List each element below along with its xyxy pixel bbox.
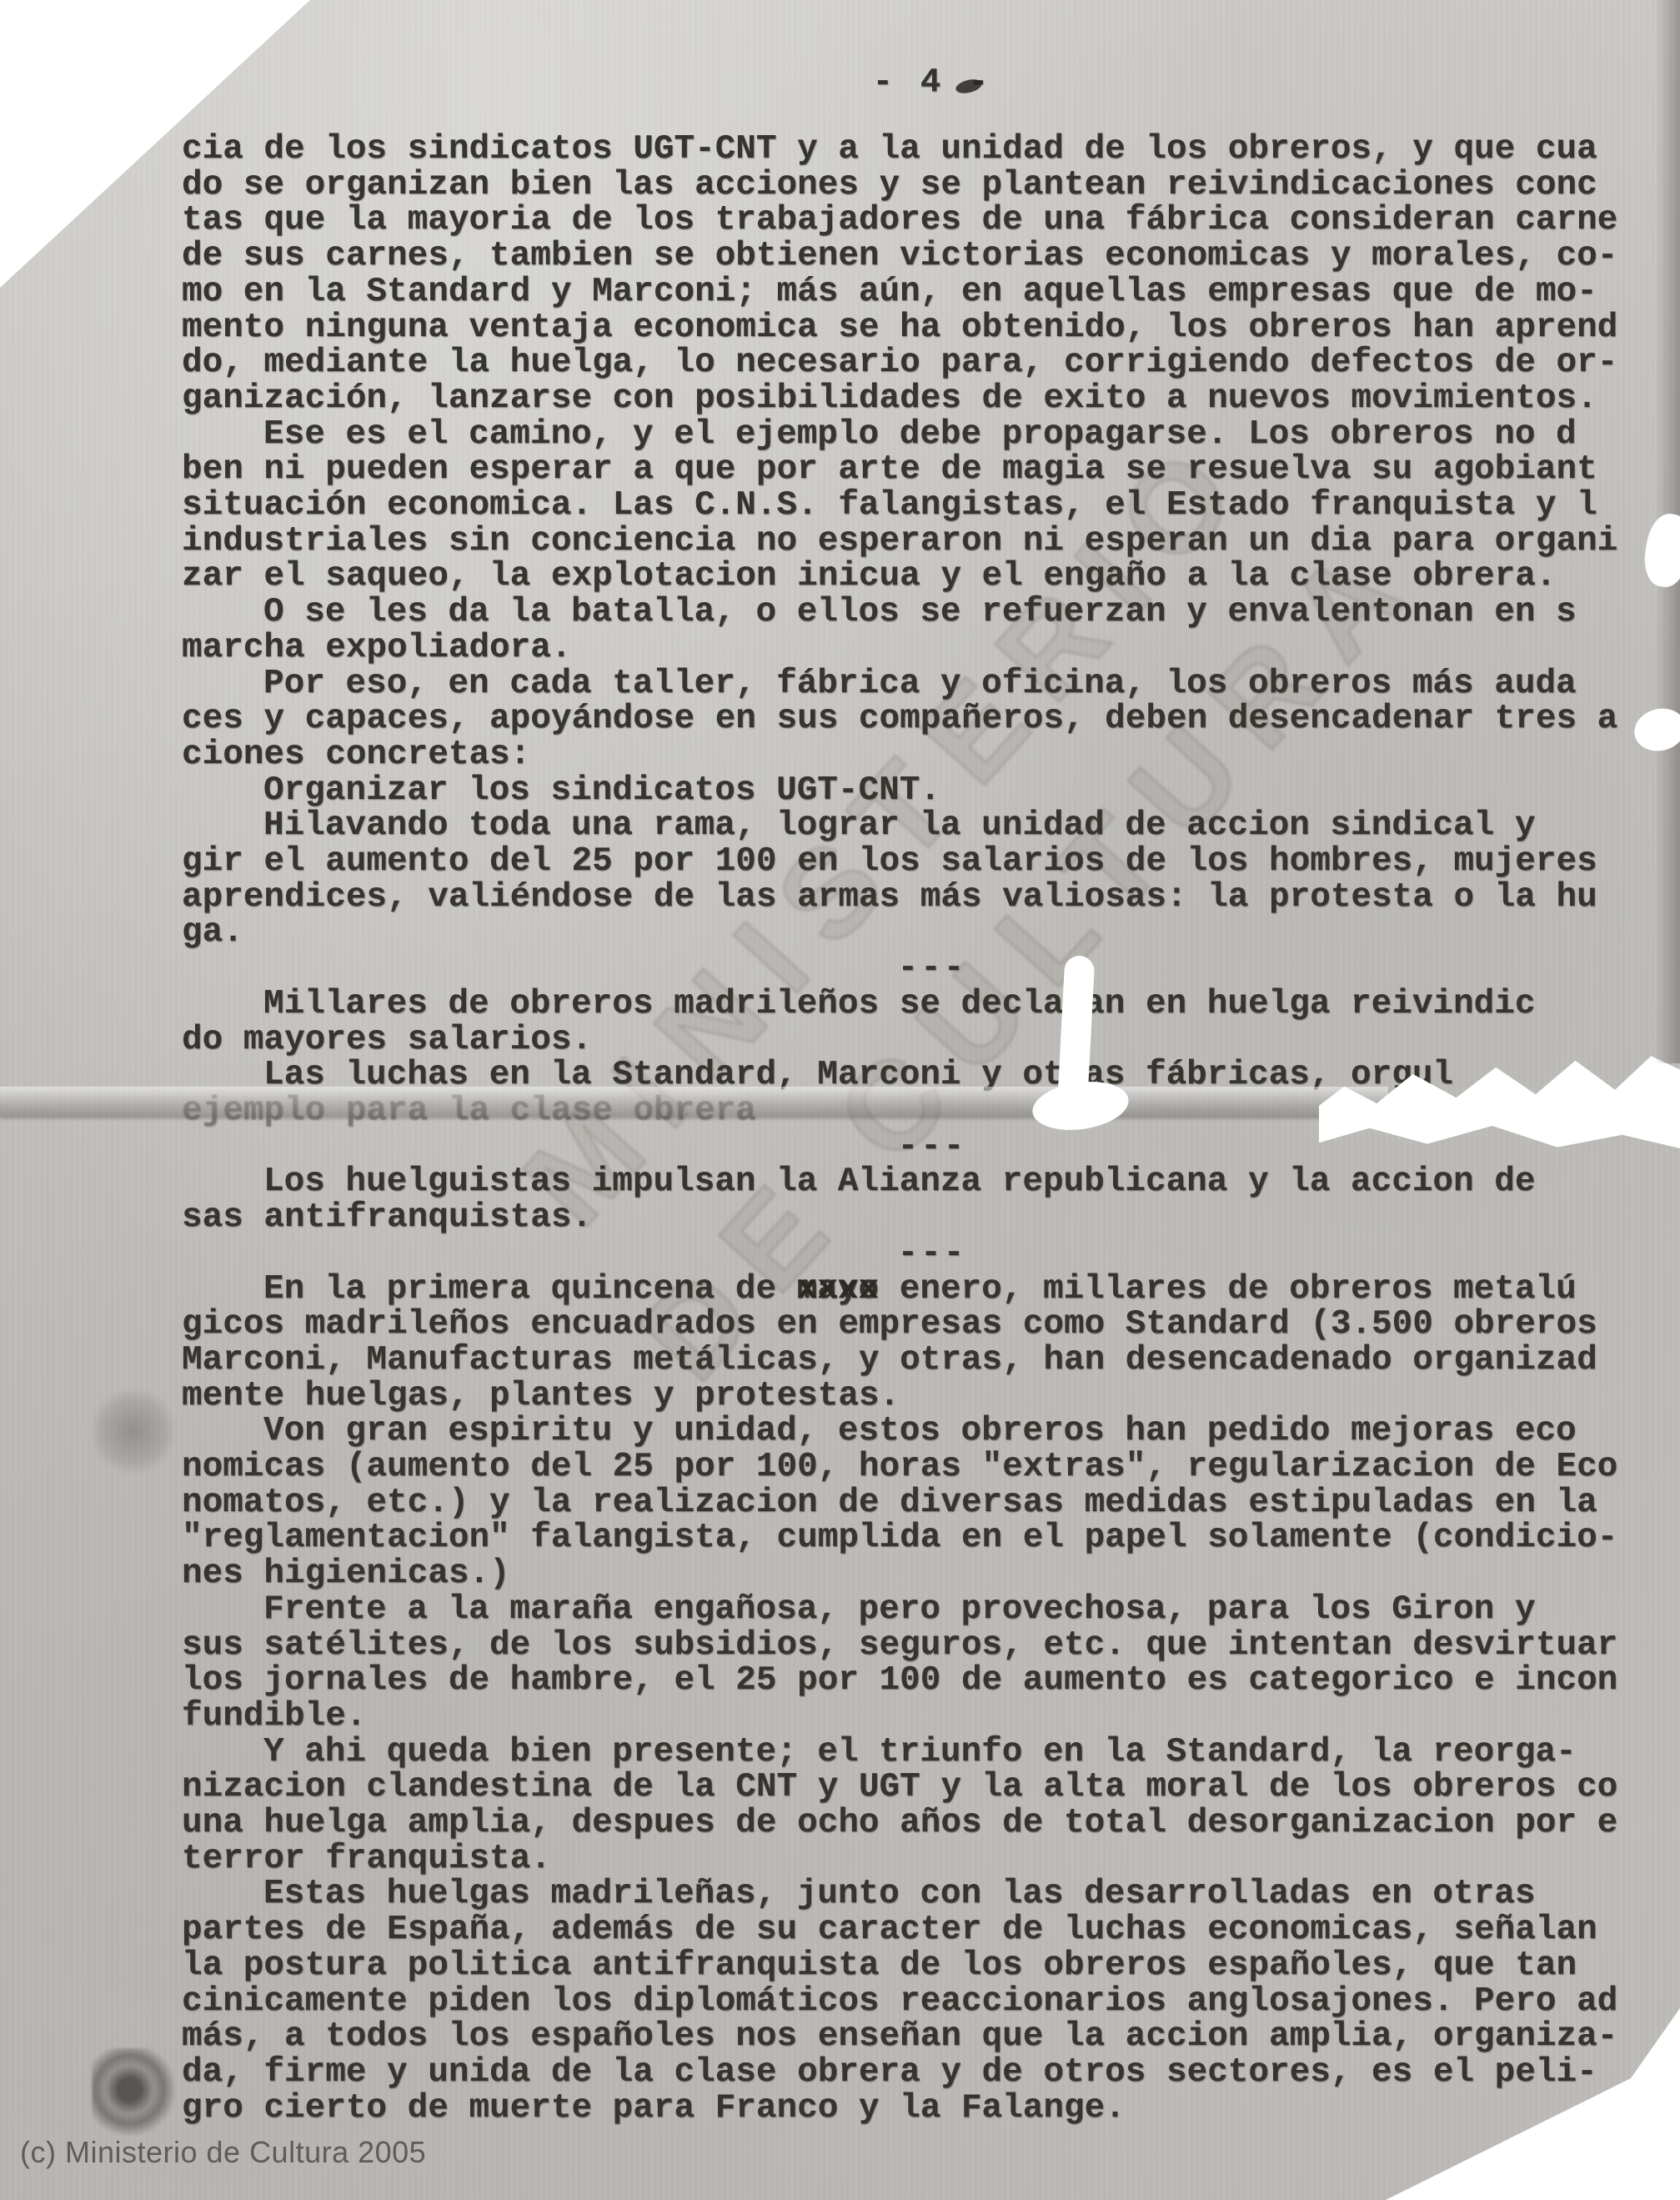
document-line: ciones concretas:: [182, 737, 1680, 773]
document-line: más, a todos los españoles nos enseñan q…: [182, 2019, 1680, 2055]
document-line: Millares de obreros madrileños se declar…: [182, 987, 1680, 1022]
document-line: cinicamente piden los diplomáticos reacc…: [182, 1984, 1680, 2020]
separator-line: ---: [182, 1236, 1680, 1272]
document-line: de sus carnes, tambien se obtienen victo…: [182, 239, 1680, 274]
paper-sheet: MINISTERIO DE CULTURA - 4 - cia de los s…: [0, 0, 1680, 2200]
page-number: - 4 -: [182, 63, 1680, 102]
document-line: terror franquista.: [182, 1841, 1680, 1877]
document-line: Estas huelgas madrileñas, junto con las …: [182, 1876, 1680, 1912]
document-line: "reglamentacion" falangista, cumplida en…: [182, 1520, 1680, 1556]
document-line: do, mediante la huelga, lo necesario par…: [182, 345, 1680, 381]
document-line: partes de España, además de su caracter …: [182, 1912, 1680, 1948]
document-line: cia de los sindicatos UGT-CNT y a la uni…: [182, 132, 1680, 168]
document-line: mo en la Standard y Marconi; más aún, en…: [182, 274, 1680, 310]
document-line: la postura politica antifranquista de lo…: [182, 1948, 1680, 1984]
struck-word: mayoxxxx: [797, 1272, 879, 1308]
document-line: ces y capaces, apoyándose en sus compañe…: [182, 701, 1680, 737]
document-line: sus satélites, de los subsidios, seguros…: [182, 1628, 1680, 1664]
document-line: Y ahi queda bien presente; el triunfo en…: [182, 1735, 1680, 1771]
document-line: nizacion clandestina de la CNT y UGT y l…: [182, 1770, 1680, 1806]
document-line: Frente a la maraña engañosa, pero provec…: [182, 1592, 1680, 1628]
document-line: Von gran espiritu y unidad, estos obrero…: [182, 1414, 1680, 1449]
ink-smudge: [92, 1388, 175, 1474]
document-line: ben ni pueden esperar a que por arte de …: [182, 452, 1680, 488]
fold-crease: [0, 1087, 1388, 1117]
document-line: Los huelguistas impulsan la Alianza repu…: [182, 1164, 1680, 1200]
document-line: situación economica. Las C.N.S. falangis…: [182, 488, 1680, 524]
document-line: mento ninguna ventaja economica se ha ob…: [182, 310, 1680, 346]
document-line: Ese es el camino, y el ejemplo debe prop…: [182, 417, 1680, 453]
document-line: mente huelgas, plantes y protestas.: [182, 1379, 1680, 1414]
document-line: los jornales de hambre, el 25 por 100 de…: [182, 1663, 1680, 1699]
document-line: fundible.: [182, 1699, 1680, 1735]
document-line: Por eso, en cada taller, fábrica y ofici…: [182, 666, 1680, 702]
document-line: Marconi, Manufacturas metálicas, y otras…: [182, 1343, 1680, 1379]
document-line: ga.: [182, 915, 1680, 951]
document-line: aprendices, valiéndose de las armas más …: [182, 880, 1680, 916]
document-line: zar el saqueo, la explotacion inicua y e…: [182, 559, 1680, 595]
document-line: una huelga amplia, despues de ocho años …: [182, 1806, 1680, 1841]
scanned-page: MINISTERIO DE CULTURA - 4 - cia de los s…: [0, 0, 1680, 2200]
separator-line: ---: [182, 951, 1680, 987]
document-line: ganización, lanzarse con posibilidades d…: [182, 381, 1680, 417]
document-line: do mayores salarios.: [182, 1022, 1680, 1058]
copyright-watermark: (c) Ministerio de Cultura 2005: [20, 2135, 426, 2170]
document-line: nomicas (aumento del 25 por 100, horas "…: [182, 1449, 1680, 1485]
document-line: do se organizan bien las acciones y se p…: [182, 168, 1680, 203]
document-line: gro cierto de muerte para Franco y la Fa…: [182, 2091, 1680, 2127]
document-line: sas antifranquistas.: [182, 1200, 1680, 1236]
document-line: nomatos, etc.) y la realizacion de diver…: [182, 1485, 1680, 1521]
document-line: gir el aumento del 25 por 100 en los sal…: [182, 844, 1680, 880]
document-line: Organizar los sindicatos UGT-CNT.: [182, 773, 1680, 809]
document-line: marcha expoliadora.: [182, 630, 1680, 666]
document-line: gicos madrileños encuadrados en empresas…: [182, 1307, 1680, 1343]
document-line: industriales sin conciencia no esperaron…: [182, 524, 1680, 560]
ink-blot: [92, 2048, 182, 2138]
document-line: O se les da la batalla, o ellos se refue…: [182, 595, 1680, 630]
document-line: da, firme y unida de la clase obrera y d…: [182, 2055, 1680, 2091]
document-line: Hilavando toda una rama, lograr la unida…: [182, 808, 1680, 844]
document-line: En la primera quincena de mayoxxxx enero…: [182, 1272, 1680, 1308]
document-line: nes higienicas.): [182, 1556, 1680, 1592]
document-line: tas que la mayoria de los trabajadores d…: [182, 203, 1680, 239]
